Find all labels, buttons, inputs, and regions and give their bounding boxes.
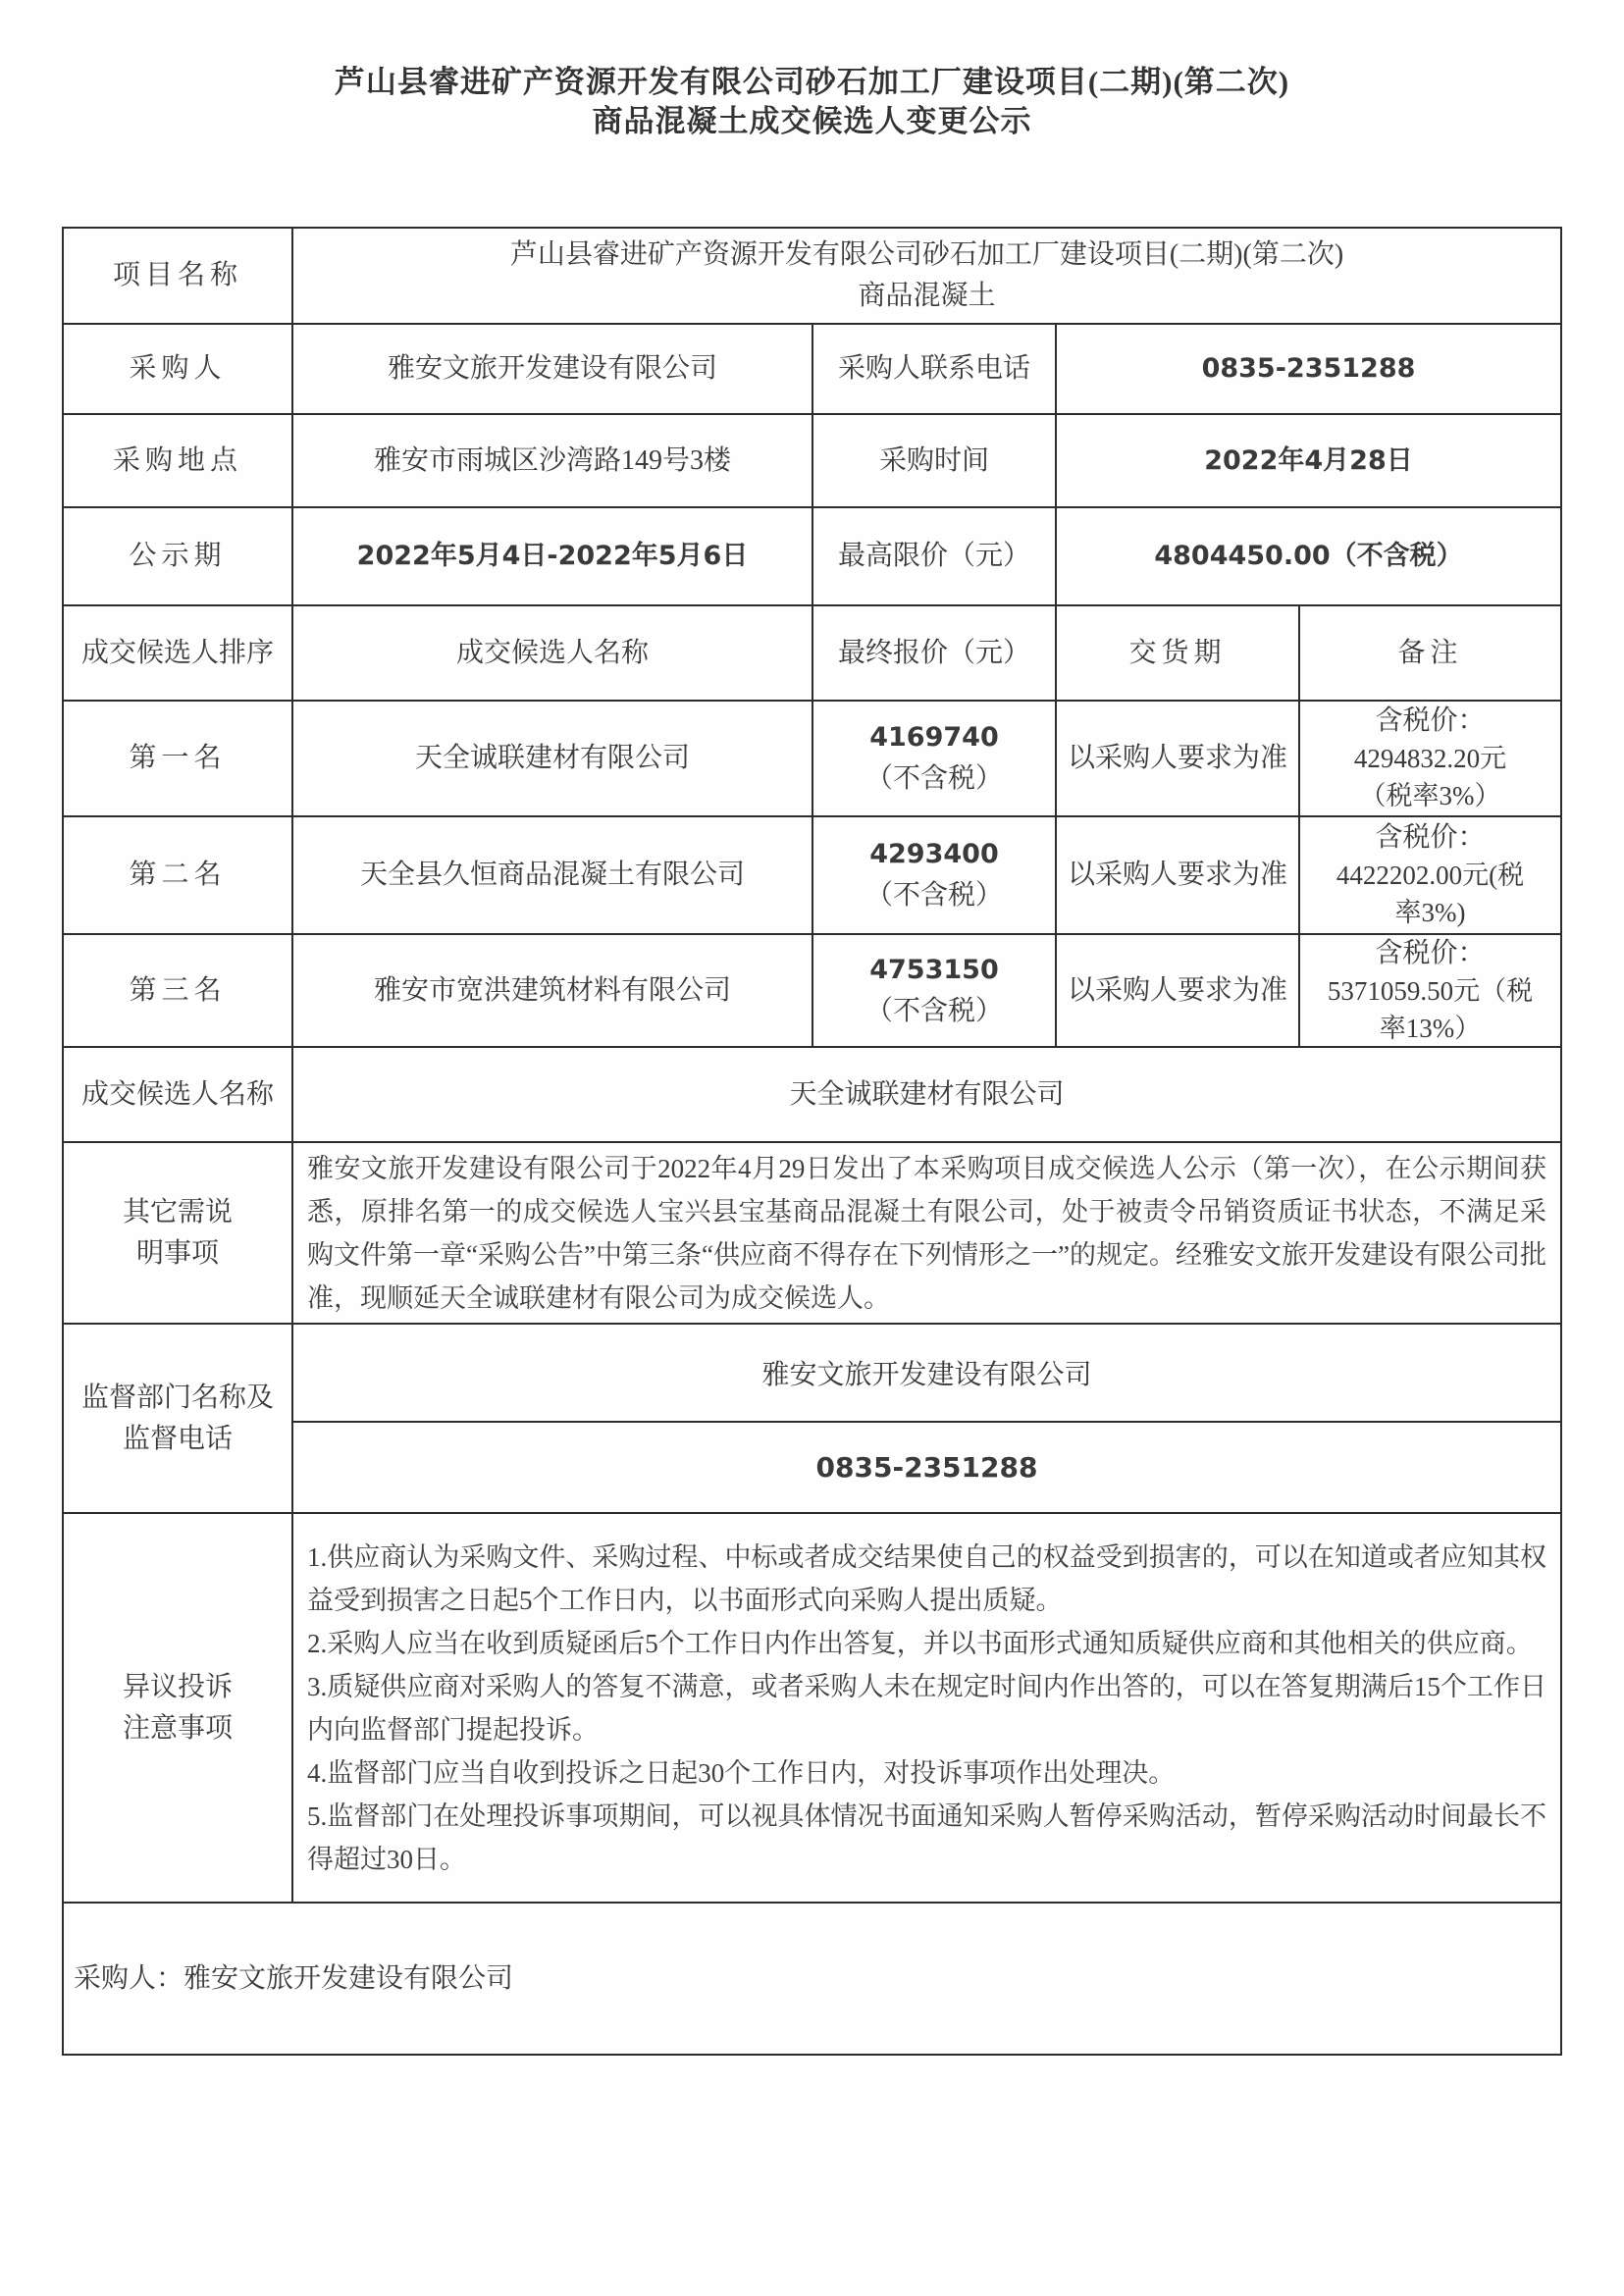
supervision-phone: 0835-2351288 [293,1421,1560,1512]
candidate3-remark-line1: 含税价： [1375,935,1485,972]
supervision-values: 雅安文旅开发建设有限公司 0835-2351288 [291,1325,1560,1512]
candidate1-remark-line2: 4294832.20元 [1354,740,1506,777]
candidate-row-1: 第一名 天全诚联建材有限公司 4169740 （不含税） 以采购人要求为准 含税… [64,700,1560,815]
max-price-label: 最高限价（元） [812,508,1055,604]
header-remark: 备注 [1298,606,1560,700]
row-footer: 采购人：雅安文旅开发建设有限公司 [64,1902,1560,2054]
project-name-label: 项目名称 [64,229,291,323]
purchaser-label: 采购人 [64,325,291,413]
candidate1-delivery: 以采购人要求为准 [1055,702,1298,815]
objection-item-3: 3.质疑供应商对采购人的答复不满意，或者采购人未在规定时间内作出答的，可以在答复… [307,1665,1546,1751]
notice-table: 项目名称 芦山县睿进矿产资源开发有限公司砂石加工厂建设项目(二期)(第二次) 商… [62,227,1562,2056]
candidate1-price-amount: 4169740 [869,717,999,758]
purchaser-value: 雅安文旅开发建设有限公司 [291,325,812,413]
candidate3-price-amount: 4753150 [869,950,999,991]
candidate3-remark-line2: 5371059.50元（税 [1328,972,1533,1010]
candidate2-remark-line1: 含税价： [1375,819,1485,857]
objection-label-line1: 异议投诉 [123,1667,233,1708]
supervision-label-line1: 监督部门名称及 [81,1378,274,1419]
candidate1-rank: 第一名 [64,702,291,815]
supervision-label: 监督部门名称及 监督电话 [64,1325,291,1512]
candidate1-remark: 含税价： 4294832.20元 （税率3%） [1298,702,1560,815]
header-name: 成交候选人名称 [291,606,812,700]
candidate1-remark-line3: （税率3%） [1360,777,1501,814]
publicity-period-value: 2022年5月4日-2022年5月6日 [291,508,812,604]
objection-item-1: 1.供应商认为采购文件、采购过程、中标或者成交结果使自己的权益受到损害的，可以在… [307,1536,1546,1622]
row-candidate-header: 成交候选人排序 成交候选人名称 最终报价（元） 交货期 备注 [64,604,1560,700]
candidate1-price-note: （不含税） [865,758,1003,800]
candidate3-price-note: （不含税） [865,991,1003,1032]
candidate2-remark: 含税价： 4422202.00元(税 率3%) [1298,817,1560,933]
header-price: 最终报价（元） [812,606,1055,700]
publicity-period-label: 公示期 [64,508,291,604]
row-supervision: 监督部门名称及 监督电话 雅安文旅开发建设有限公司 0835-2351288 [64,1323,1560,1512]
row-objection-notes: 异议投诉 注意事项 1.供应商认为采购文件、采购过程、中标或者成交结果使自己的权… [64,1512,1560,1902]
row-purchaser: 采购人 雅安文旅开发建设有限公司 采购人联系电话 0835-2351288 [64,323,1560,413]
other-notes-text: 雅安文旅开发建设有限公司于2022年4月29日发出了本采购项目成交候选人公示（第… [307,1147,1546,1320]
purchaser-phone-value: 0835-2351288 [1055,325,1560,413]
purchase-time-value: 2022年4月28日 [1055,415,1560,506]
objection-item-4: 4.监督部门应当自收到投诉之日起30个工作日内，对投诉事项作出处理决。 [307,1751,1546,1795]
objection-text-cell: 1.供应商认为采购文件、采购过程、中标或者成交结果使自己的权益受到损害的，可以在… [291,1514,1560,1902]
location-label: 采购地点 [64,415,291,506]
candidate3-price: 4753150 （不含税） [812,935,1055,1046]
project-name-value-line2: 商品混凝土 [858,276,995,317]
row-winner: 成交候选人名称 天全诚联建材有限公司 [64,1046,1560,1141]
candidate2-remark-line3: 率3%) [1395,894,1466,931]
candidate-row-3: 第三名 雅安市宽洪建筑材料有限公司 4753150 （不含税） 以采购人要求为准… [64,933,1560,1046]
row-publicity-period: 公示期 2022年5月4日-2022年5月6日 最高限价（元） 4804450.… [64,506,1560,604]
candidate2-rank: 第二名 [64,817,291,933]
winner-label: 成交候选人名称 [64,1048,291,1141]
row-location: 采购地点 雅安市雨城区沙湾路149号3楼 采购时间 2022年4月28日 [64,413,1560,506]
candidate2-price-amount: 4293400 [869,834,999,875]
candidate1-remark-line1: 含税价： [1375,703,1485,740]
candidate3-delivery: 以采购人要求为准 [1055,935,1298,1046]
objection-item-2: 2.采购人应当在收到质疑函后5个工作日内作出答复，并以书面形式通知质疑供应商和其… [307,1622,1546,1665]
candidate3-name: 雅安市宽洪建筑材料有限公司 [291,935,812,1046]
footer-purchaser: 采购人：雅安文旅开发建设有限公司 [64,1904,1560,2054]
objection-label: 异议投诉 注意事项 [64,1514,291,1902]
location-value: 雅安市雨城区沙湾路149号3楼 [291,415,812,506]
candidate2-price-note: （不含税） [865,875,1003,916]
other-notes-label-line2: 明事项 [136,1233,219,1275]
header-delivery: 交货期 [1055,606,1298,700]
document-title-line1: 芦山县睿进矿产资源开发有限公司砂石加工厂建设项目(二期)(第二次) [62,63,1562,102]
purchase-time-label: 采购时间 [812,415,1055,506]
document-title: 芦山县睿进矿产资源开发有限公司砂石加工厂建设项目(二期)(第二次) 商品混凝土成… [62,63,1562,141]
other-notes-text-cell: 雅安文旅开发建设有限公司于2022年4月29日发出了本采购项目成交候选人公示（第… [291,1143,1560,1323]
max-price-value: 4804450.00（不含税） [1055,508,1560,604]
other-notes-label-line1: 其它需说 [123,1192,233,1233]
project-name-value-line1: 芦山县睿进矿产资源开发有限公司砂石加工厂建设项目(二期)(第二次) [510,235,1343,276]
objection-text: 1.供应商认为采购文件、采购过程、中标或者成交结果使自己的权益受到损害的，可以在… [307,1536,1546,1881]
project-name-value: 芦山县睿进矿产资源开发有限公司砂石加工厂建设项目(二期)(第二次) 商品混凝土 [291,229,1560,323]
candidate2-delivery: 以采购人要求为准 [1055,817,1298,933]
other-notes-label: 其它需说 明事项 [64,1143,291,1323]
row-other-notes: 其它需说 明事项 雅安文旅开发建设有限公司于2022年4月29日发出了本采购项目… [64,1141,1560,1323]
supervision-label-line2: 监督电话 [123,1419,233,1460]
candidate3-remark-line3: 率13%） [1380,1010,1482,1047]
winner-value: 天全诚联建材有限公司 [291,1048,1560,1141]
candidate2-name: 天全县久恒商品混凝土有限公司 [291,817,812,933]
candidate-row-2: 第二名 天全县久恒商品混凝土有限公司 4293400 （不含税） 以采购人要求为… [64,815,1560,933]
candidate2-remark-line2: 4422202.00元(税 [1336,857,1524,894]
candidate2-price: 4293400 （不含税） [812,817,1055,933]
objection-item-5: 5.监督部门在处理投诉事项期间，可以视具体情况书面通知采购人暂停采购活动，暂停采… [307,1795,1546,1881]
candidate3-remark: 含税价： 5371059.50元（税 率13%） [1298,935,1560,1046]
candidate1-name: 天全诚联建材有限公司 [291,702,812,815]
document-title-line2: 商品混凝土成交候选人变更公示 [62,102,1562,141]
supervision-dept-name: 雅安文旅开发建设有限公司 [293,1325,1560,1421]
objection-label-line2: 注意事项 [123,1708,233,1749]
document-page: 芦山县睿进矿产资源开发有限公司砂石加工厂建设项目(二期)(第二次) 商品混凝土成… [0,0,1624,2296]
header-rank: 成交候选人排序 [64,606,291,700]
row-project-name: 项目名称 芦山县睿进矿产资源开发有限公司砂石加工厂建设项目(二期)(第二次) 商… [64,229,1560,323]
purchaser-phone-label: 采购人联系电话 [812,325,1055,413]
candidate3-rank: 第三名 [64,935,291,1046]
candidate1-price: 4169740 （不含税） [812,702,1055,815]
